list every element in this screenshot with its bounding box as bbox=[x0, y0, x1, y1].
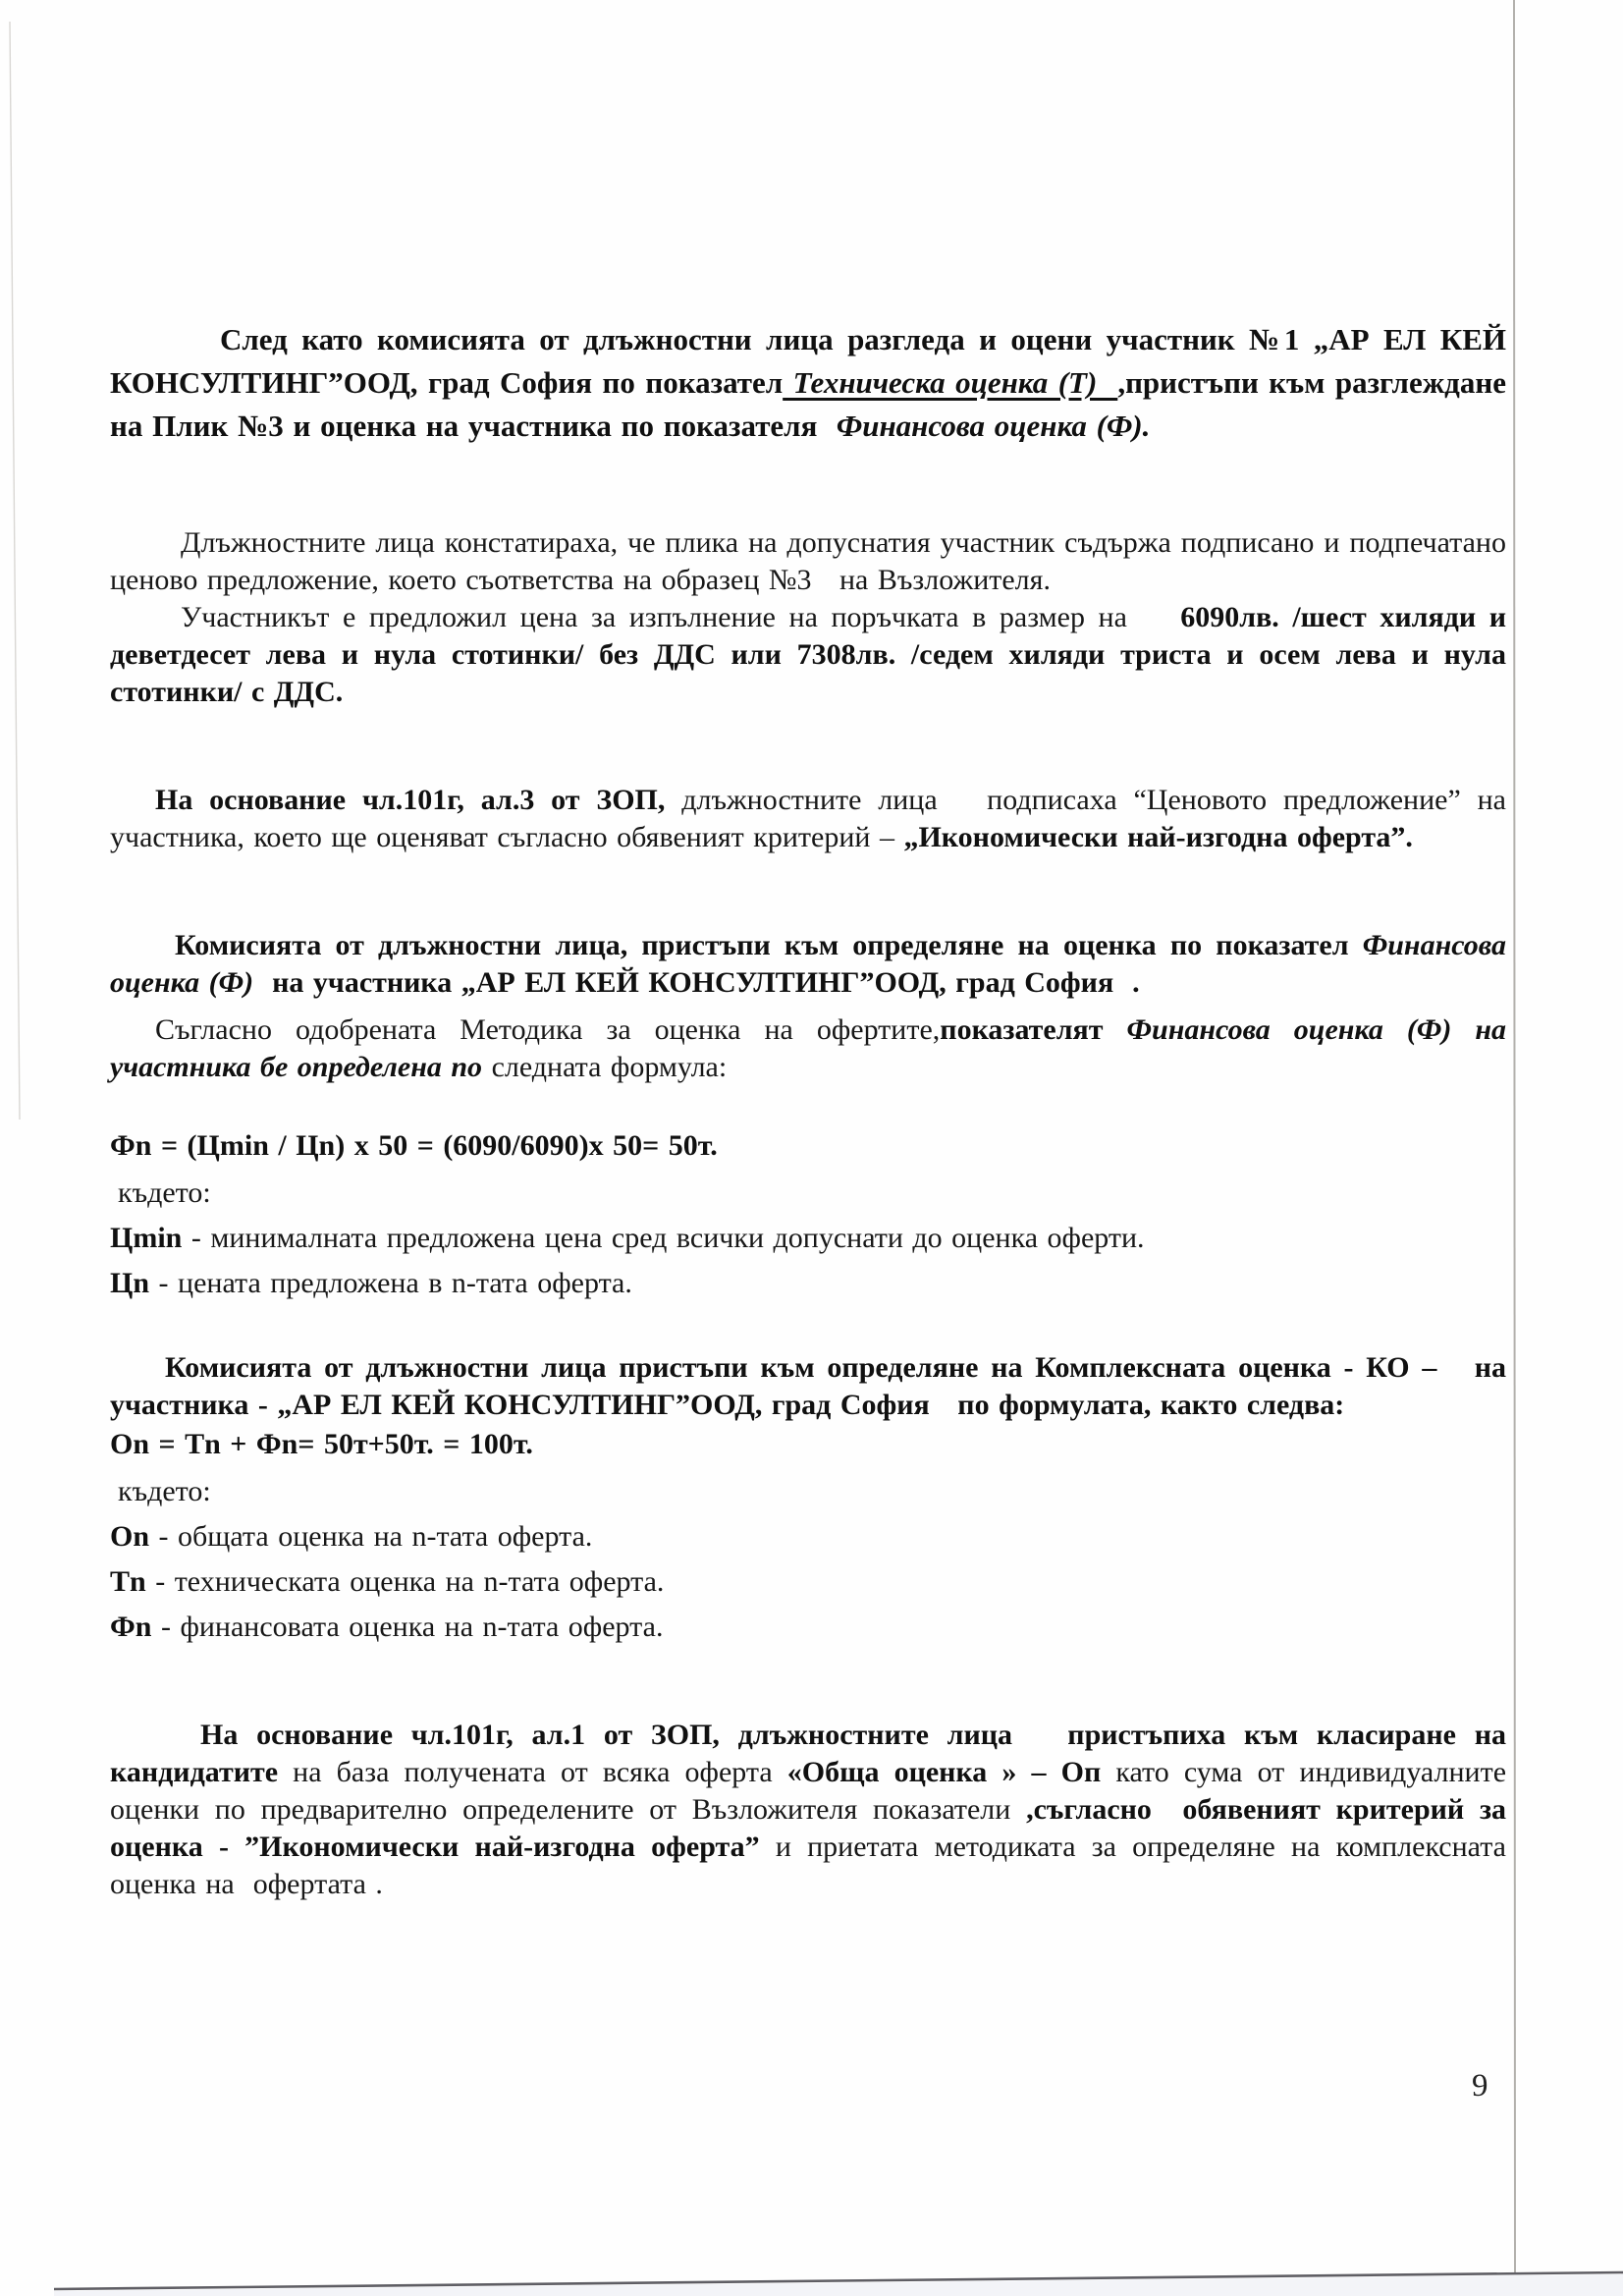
def-cn-run: - цената предложена в n-тата оферта. bbox=[149, 1267, 632, 1299]
document-page: След като комисията от длъжностни лица р… bbox=[0, 0, 1623, 2296]
para-ranking-run: на база получената от всяка оферта bbox=[278, 1756, 787, 1788]
def-cmin: Цmin - минималната предложена цена сред … bbox=[110, 1220, 1506, 1257]
formula-financial-run: Фn = (Цmin / Цn) x 50 = (6090/6090)x 50=… bbox=[110, 1129, 718, 1162]
def-on: Оn - общата оценка на n-тата оферта. bbox=[110, 1518, 1506, 1556]
formula-financial: Фn = (Цmin / Цn) x 50 = (6090/6090)x 50=… bbox=[110, 1127, 1506, 1165]
def-fn: Фn - финансовата оценка на n-тата оферта… bbox=[110, 1609, 1506, 1646]
para-methodology-run: Съгласно одобрената Методика за оценка н… bbox=[155, 1013, 940, 1046]
where-label-1-run: където: bbox=[118, 1176, 211, 1209]
def-on-run: - общата оценка на n-тата оферта. bbox=[149, 1520, 592, 1553]
para-basis-art101g-al3: На основание чл.101г, ал.3 от ЗОП, длъжн… bbox=[110, 782, 1506, 856]
scan-left-edge-line bbox=[10, 22, 20, 1120]
formula-complex: Оn = Тn + Фn= 50т+50т. = 100т. bbox=[110, 1426, 1506, 1463]
para-methodology-run: показателят bbox=[940, 1013, 1126, 1046]
def-fn-run: - финансовата оценка на n-тата оферта. bbox=[151, 1611, 663, 1643]
para-intro-run: Финансова оценка (Ф). bbox=[837, 409, 1151, 443]
para-commission-complex-score: Комисията от длъжностни лица пристъпи къ… bbox=[110, 1349, 1506, 1424]
document-content: След като комисията от длъжностни лица р… bbox=[110, 295, 1506, 1903]
scan-bottom-area bbox=[54, 2274, 1623, 2296]
where-label-2: където: bbox=[110, 1473, 1506, 1510]
para-envelope-check-run: Длъжностните лица констатираха, че плика… bbox=[110, 526, 1506, 596]
para-ranking-run: «Обща оценка » – Оп bbox=[787, 1756, 1101, 1788]
para-methodology-run: следната формула: bbox=[492, 1051, 728, 1083]
para-envelope-check: Длъжностните лица констатираха, че плика… bbox=[110, 524, 1506, 599]
para-price-offer-run: Участникът е предложил цена за изпълнени… bbox=[181, 601, 1180, 633]
para-commission-financial-score: Комисията от длъжностни лица, пристъпи к… bbox=[110, 927, 1506, 1002]
def-cn: Цn - цената предложена в n-тата оферта. bbox=[110, 1265, 1506, 1302]
scan-right-edge-line bbox=[1514, 0, 1515, 2272]
para-price-offer: Участникът е предложил цена за изпълнени… bbox=[110, 599, 1506, 711]
def-tn-run: - техническата оценка на n-тата оферта. bbox=[146, 1565, 665, 1598]
def-cn-run: Цn bbox=[110, 1267, 149, 1299]
para-commission-financial-score-run: на участника „АР ЕЛ КЕЙ КОНСУЛТИНГ”ООД, … bbox=[253, 966, 1140, 999]
page-number: 9 bbox=[1472, 2068, 1488, 2105]
para-intro: След като комисията от длъжностни лица р… bbox=[110, 318, 1506, 448]
formula-complex-run: Оn = Тn + Фn= 50т+50т. = 100т. bbox=[110, 1428, 533, 1460]
para-methodology: Съгласно одобрената Методика за оценка н… bbox=[110, 1011, 1506, 1086]
scan-bottom-edge-line bbox=[54, 2272, 1623, 2289]
def-tn: Тn - техническата оценка на n-тата оферт… bbox=[110, 1563, 1506, 1601]
para-basis-art101g-al3-run: На основание чл.101г, ал.3 от ЗОП, bbox=[155, 784, 665, 816]
def-cmin-run: - минималната предложена цена сред всичк… bbox=[182, 1222, 1144, 1254]
para-commission-financial-score-run: Комисията от длъжностни лица, пристъпи к… bbox=[175, 929, 1363, 961]
def-tn-run: Тn bbox=[110, 1565, 146, 1598]
where-label-1: където: bbox=[110, 1175, 1506, 1212]
para-basis-art101g-al3-run: „Икономически най-изгодна оферта”. bbox=[903, 821, 1412, 853]
def-fn-run: Фn bbox=[110, 1611, 151, 1643]
def-cmin-run: Цmin bbox=[110, 1222, 182, 1254]
para-ranking: На основание чл.101г, ал.1 от ЗОП, длъжн… bbox=[110, 1717, 1506, 1903]
para-commission-complex-score-run: Комисията от длъжностни лица пристъпи къ… bbox=[110, 1351, 1506, 1421]
para-intro-run: Техническа оценка (Т) bbox=[783, 365, 1117, 400]
where-label-2-run: където: bbox=[118, 1475, 211, 1507]
def-on-run: Оn bbox=[110, 1520, 149, 1553]
